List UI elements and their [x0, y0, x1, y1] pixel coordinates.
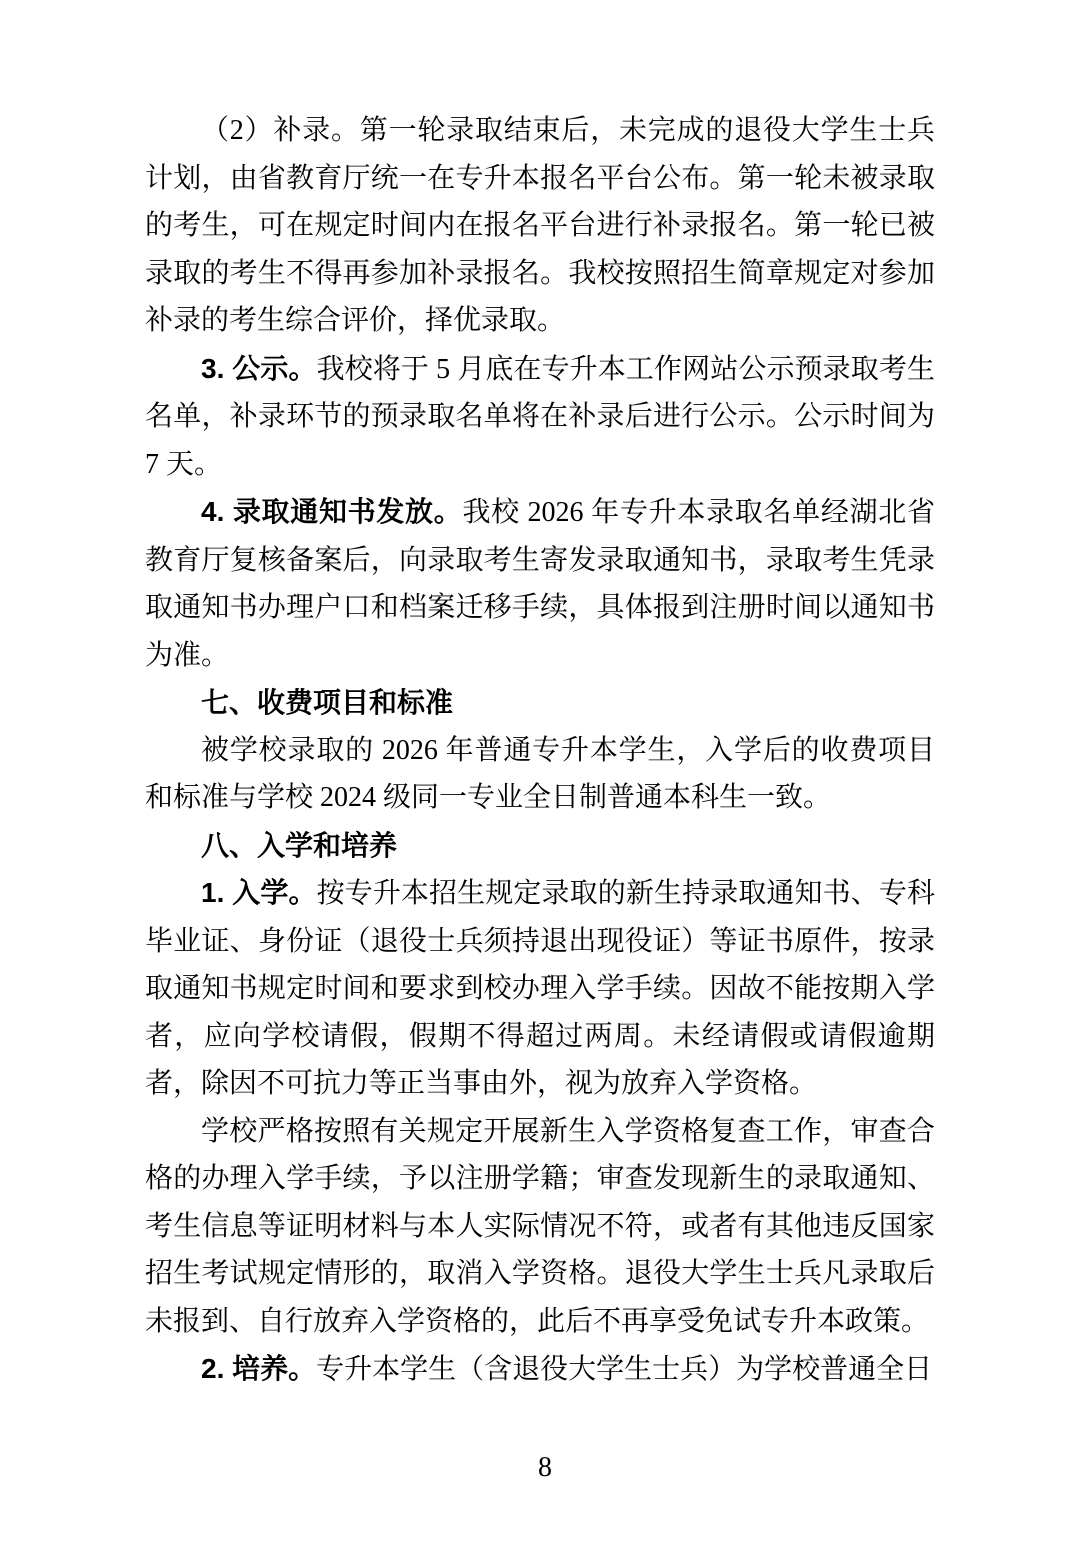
section-heading: 八、入学和培养	[145, 822, 935, 870]
paragraph: 学校严格按照有关规定开展新生入学资格复查工作，审查合格的办理入学手续，予以注册学…	[145, 1108, 935, 1346]
paragraph-lead: 3. 公示。	[201, 353, 317, 384]
paragraph-text: 按专升本招生规定录取的新生持录取通知书、专科毕业证、身份证（退役士兵须持退出现役…	[145, 878, 935, 1099]
page-number: 8	[538, 1452, 552, 1483]
paragraph: （2）补录。第一轮录取结束后，未完成的退役大学生士兵计划，由省教育厅统一在专升本…	[145, 107, 935, 345]
document-body: （2）补录。第一轮录取结束后，未完成的退役大学生士兵计划，由省教育厅统一在专升本…	[145, 107, 935, 1394]
paragraph-lead: 1. 入学。	[201, 877, 317, 908]
paragraph-text: 专升本学生（含退役大学生士兵）为学校普通全日	[316, 1354, 932, 1385]
paragraph: 2. 培养。专升本学生（含退役大学生士兵）为学校普通全日	[145, 1345, 935, 1394]
paragraph-lead: 4. 录取通知书发放。	[201, 496, 462, 527]
paragraph: 被学校录取的 2026 年普通专升本学生，入学后的收费项目和标准与学校 2024…	[145, 727, 935, 822]
paragraph-text: （2）补录。第一轮录取结束后，未完成的退役大学生士兵计划，由省教育厅统一在专升本…	[145, 115, 935, 336]
section-heading: 七、收费项目和标准	[145, 679, 935, 727]
paragraph-lead: 七、收费项目和标准	[201, 687, 453, 718]
paragraph: 3. 公示。我校将于 5 月底在专升本工作网站公示预录取考生名单，补录环节的预录…	[145, 345, 935, 489]
paragraph: 4. 录取通知书发放。我校 2026 年专升本录取名单经湖北省教育厅复核备案后，…	[145, 488, 935, 679]
document-page: （2）补录。第一轮录取结束后，未完成的退役大学生士兵计划，由省教育厅统一在专升本…	[0, 0, 1090, 1542]
paragraph-lead: 2. 培养。	[201, 1353, 316, 1384]
paragraph-text: 学校严格按照有关规定开展新生入学资格复查工作，审查合格的办理入学手续，予以注册学…	[145, 1116, 935, 1337]
paragraph-text: 被学校录取的 2026 年普通专升本学生，入学后的收费项目和标准与学校 2024…	[145, 735, 935, 814]
paragraph-lead: 八、入学和培养	[201, 830, 397, 861]
paragraph: 1. 入学。按专升本招生规定录取的新生持录取通知书、专科毕业证、身份证（退役士兵…	[145, 869, 935, 1108]
page-footer: 8	[0, 1450, 1090, 1486]
